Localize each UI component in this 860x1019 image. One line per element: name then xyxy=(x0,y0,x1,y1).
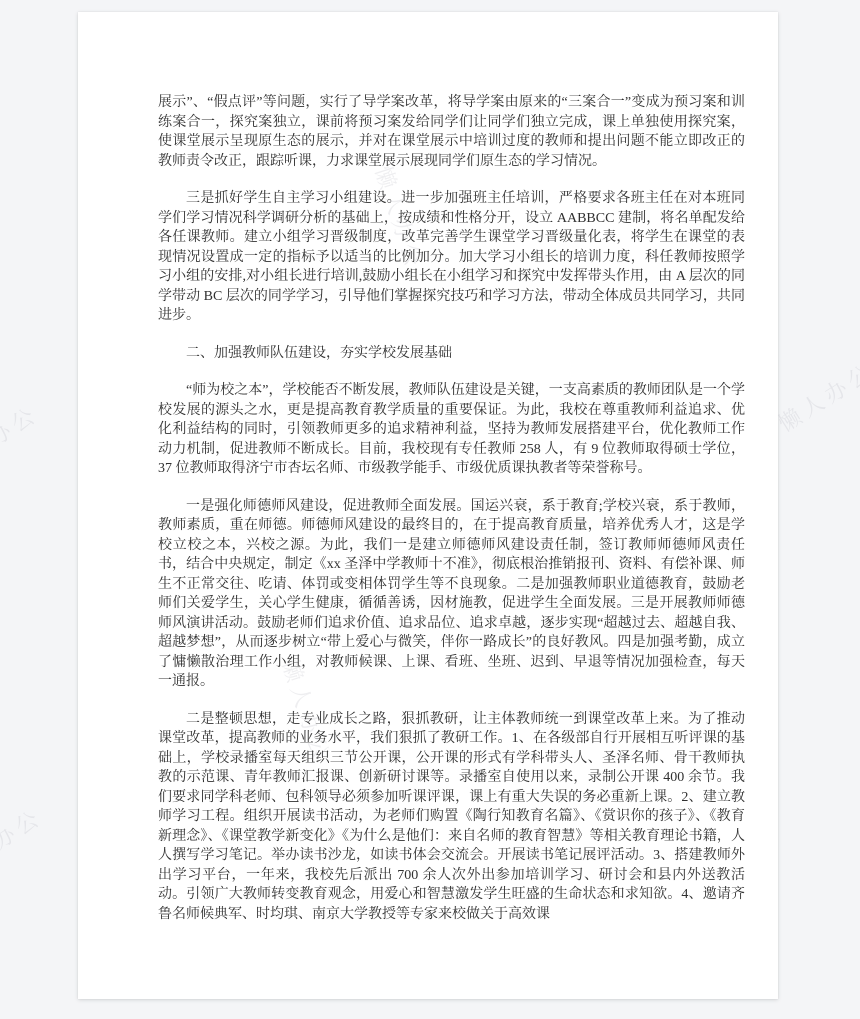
paragraph-continuation: 展示”、“假点评”等问题，实行了导学案改革，将导学案由原来的“三案合一”变成为预… xyxy=(158,93,745,171)
watermark-text: 懒人办公 xyxy=(772,355,860,439)
section-heading: 二、加强教师队伍建设，夯实学校发展基础 xyxy=(158,344,745,364)
document-viewer: 展示”、“假点评”等问题，实行了导学案改革，将导学案由原来的“三案合一”变成为预… xyxy=(0,0,860,1019)
paragraph: “师为校之本”，学校能否不断发展，教师队伍建设是关键，一支高素质的教师团队是一个… xyxy=(158,381,745,479)
paragraph: 二是整顿思想，走专业成长之路，狠抓教研，让主体教师统一到课堂改革上来。为了推动课… xyxy=(158,710,745,925)
paragraph: 三是抓好学生自主学习小组建设。进一步加强班主任培训，严格要求各班主任在对本班同学… xyxy=(158,189,745,326)
document-content: 展示”、“假点评”等问题，实行了导学案改革，将导学案由原来的“三案合一”变成为预… xyxy=(158,93,745,942)
paragraph: 一是强化师德师风建设，促进教师全面发展。国运兴衰，系于教育;学校兴衰，系于教师，… xyxy=(158,497,745,692)
watermark-text: 懒人办公 xyxy=(0,801,48,885)
watermark-text: 懒人办公 xyxy=(0,398,44,482)
document-page: 展示”、“假点评”等问题，实行了导学案改革，将导学案由原来的“三案合一”变成为预… xyxy=(78,12,778,999)
